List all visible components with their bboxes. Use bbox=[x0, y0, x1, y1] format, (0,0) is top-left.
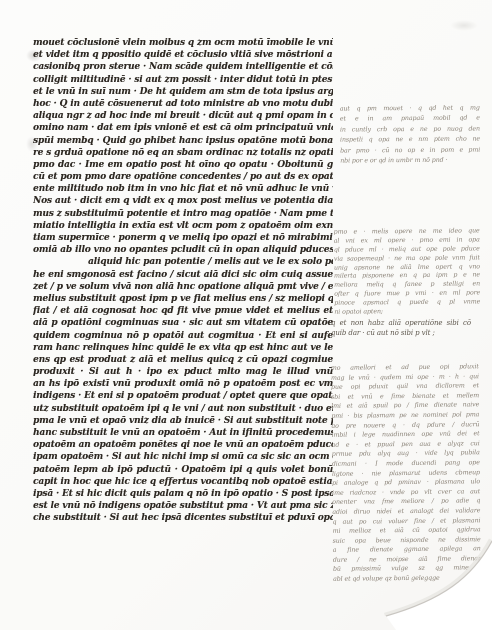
manuscript-line: ni opatoi apten; bbox=[334, 307, 480, 317]
manuscript-line: hanc substituit le vnū an opatoēm · Aut … bbox=[33, 427, 333, 439]
manuscript-line: tiam supermīce · ponerm q ve meliq ipo o… bbox=[33, 232, 333, 244]
manuscript-line: utz substituit opatoēm ipi q le vni / au… bbox=[33, 403, 333, 415]
manuscript-line: spūi membq · Quid go phibet hanc ipsius … bbox=[33, 135, 333, 147]
manuscript-line: che substituit · Si aut hec ipsā dicente… bbox=[33, 512, 333, 524]
manuscript-line: casionibq pron sterue · Nam scāde quidem… bbox=[33, 61, 333, 73]
manuscript-line: mouet cōclusionē vlein moibus q zm ocm m… bbox=[33, 37, 333, 49]
manuscript-line bbox=[333, 583, 481, 594]
manuscript-line: colligit miltitudinē · si aut zm possit … bbox=[33, 74, 333, 86]
manuscript-line: capit in hoc que hic ice q effertus voca… bbox=[33, 476, 333, 488]
marginal-gloss-middle-addendum: q et non habz aliā operatiōne sibi cōqui… bbox=[331, 318, 471, 338]
manuscript-line: pinoce apsmacl q puede q pl vnme bbox=[334, 298, 480, 308]
manuscript-line: est le vnū nō indigens opatōe substitut … bbox=[33, 500, 333, 512]
manuscript-line: patoēm lepm ab ipō pductū · Opatoēm ipi … bbox=[33, 464, 333, 476]
manuscript-scan: mouet cōclusionē vlein moibus q zm ocm m… bbox=[0, 0, 492, 630]
manuscript-line: miatio intelligtia in extīa est vlt ocm … bbox=[33, 220, 333, 232]
manuscript-line: aliqua ngr z ad hoc inde mi breuit · dic… bbox=[33, 110, 333, 122]
manuscript-line: bar pmo · cū no op e in pom e pmi bbox=[340, 145, 480, 156]
marginal-gloss-top: aut q pm mouet · q qd het q mget e in am… bbox=[340, 104, 480, 167]
ink-stain bbox=[450, 20, 478, 31]
marginal-gloss-bottom: mo amellori et ad pue opi pduxitmag le v… bbox=[331, 362, 481, 594]
manuscript-line: ipsā · Et si hic dicit quis palam q nō i… bbox=[33, 488, 333, 500]
manuscript-line: cū et pom pmo dare opatiōne concedentes … bbox=[33, 171, 333, 183]
manuscript-line: fiat / et aiā cognosat hoc qd fit vive p… bbox=[33, 305, 333, 317]
manuscript-line: omino nam · dat em ipis vnionē et est cā… bbox=[33, 122, 333, 134]
manuscript-line: pma le vnū et opaō vniz dia ab inuicē · … bbox=[33, 415, 333, 427]
manuscript-line: zet / p ve solum vivā non aliā hnc opati… bbox=[33, 281, 333, 293]
manuscript-line: quidem cogminua nō p opatōi aut cogmitua… bbox=[33, 330, 333, 342]
manuscript-line: melius substituit qpost ipm p ve fiat me… bbox=[33, 293, 333, 305]
manuscript-line: et videt itm q ppositio quidē et cōclusi… bbox=[33, 49, 333, 61]
manuscript-line: an hs ipō existī vnū produxit omiā nō p … bbox=[33, 378, 333, 390]
manuscript-line: q et non habz aliā operatiōne sibi cō bbox=[331, 318, 471, 328]
manuscript-line: pmo dac · Ime em opatio post ht oīno qo … bbox=[33, 159, 333, 171]
manuscript-line: ente miltitudo nob itm in vno hic fiat e… bbox=[33, 183, 333, 195]
manuscript-line: re s grduā opatione nō eq an sbam ordina… bbox=[33, 147, 333, 159]
manuscript-line: et e in am pnapaū mobil qd e bbox=[340, 114, 480, 125]
manuscript-line: omiā ab illo vno no opantes pcludit cū i… bbox=[33, 244, 333, 256]
manuscript-line: produxit · Si aut h · ipo ex pduct mlto … bbox=[33, 366, 333, 378]
manuscript-line: mus z substituimū potentie et intro mag … bbox=[33, 208, 333, 220]
manuscript-line: aiā p opatiōni cogminuas sua · sic aut s… bbox=[33, 317, 333, 329]
manuscript-line: indigens · Et eni si p opatoēm produat /… bbox=[33, 390, 333, 402]
manuscript-line: Nos aut · dicit em q vidt ex q mox post … bbox=[33, 195, 333, 207]
manuscript-line: hoc · Q in autē cōsuenerut ad toto minis… bbox=[33, 98, 333, 110]
manuscript-line: ram hanc relinques hinc quidē le ex vita… bbox=[33, 342, 333, 354]
manuscript-line: ipam opatoēm · Si aut hic nichi imp si o… bbox=[33, 451, 333, 463]
manuscript-line: nbi por e or qd in umbr m nō pnd · bbox=[340, 155, 480, 166]
manuscript-line: quib dar · cū aut nō sibi p vlt ; bbox=[331, 328, 471, 338]
main-text-block: mouet cōclusionē vlein moibus q zm ocm m… bbox=[33, 37, 333, 525]
manuscript-line: ens qp est produat z aiā et melius quicq… bbox=[33, 354, 333, 366]
manuscript-line: he eni smgonosā est facino / sicut aiā d… bbox=[33, 269, 333, 281]
manuscript-line: inspetli q opa ne e nm ptem cho ne bbox=[340, 135, 480, 146]
manuscript-line: opatoēm an opatoēm ponētes qi noe le vnū… bbox=[33, 439, 333, 451]
marginal-gloss-middle: pmo e · melis opere ne me ideo queal vni… bbox=[334, 227, 481, 317]
manuscript-line: aliquid hic pan potentie / melis aut ve … bbox=[33, 256, 333, 268]
manuscript-line: et le vnū in suī num · De ht quidem am s… bbox=[33, 86, 333, 98]
